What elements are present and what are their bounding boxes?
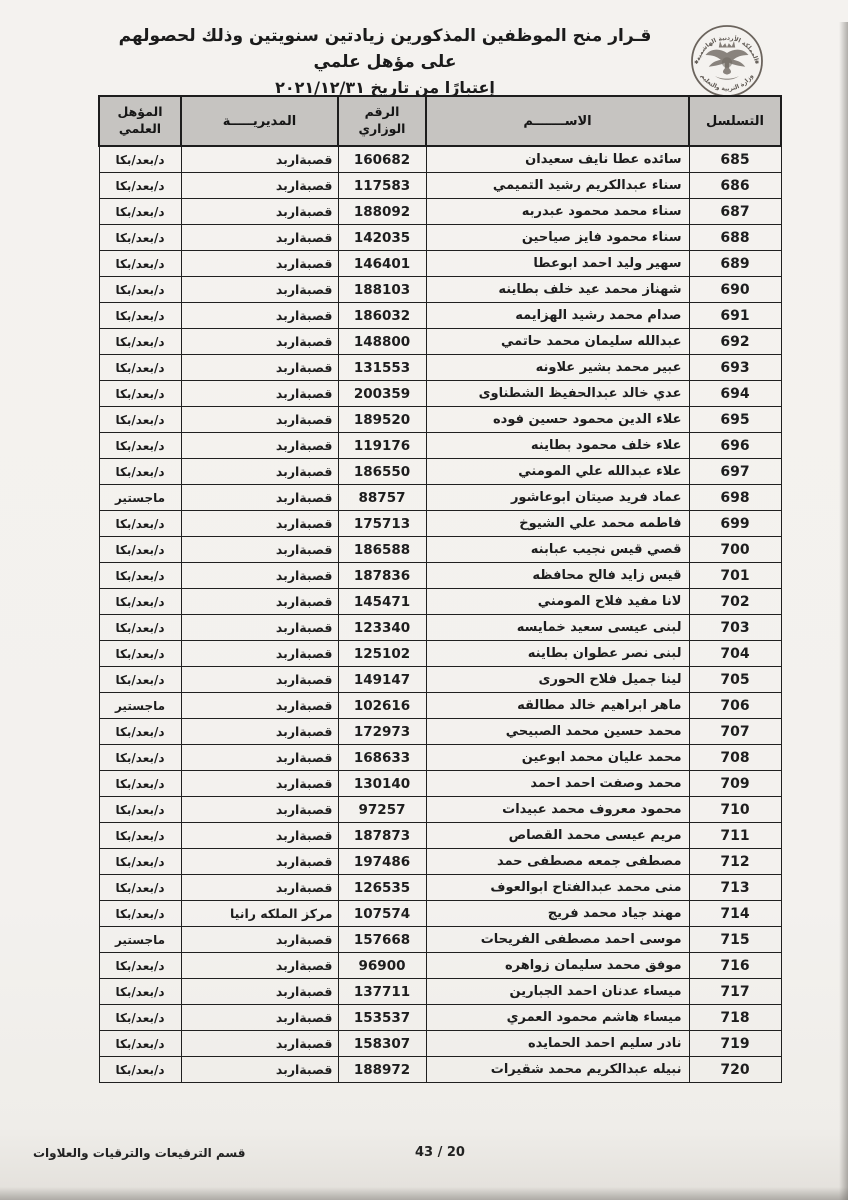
- cell-name: مهند جياد محمد فريج: [426, 901, 689, 927]
- table-row: 701قيس زايد فالح محافظه187836قصبةاربدد/ب…: [99, 563, 781, 589]
- cell-name: موفق محمد سليمان زواهره: [426, 953, 689, 979]
- table-row: 696علاء خلف محمود بطاينه119176قصبةاربدد/…: [99, 433, 781, 459]
- cell-serial: 703: [689, 615, 781, 641]
- cell-directorate: قصبةاربد: [181, 667, 338, 693]
- cell-name: موسى احمد مصطفى الفريحات: [426, 927, 689, 953]
- cell-directorate: قصبةاربد: [181, 173, 338, 199]
- cell-qualification: د/بعد/بكا: [99, 303, 181, 329]
- cell-serial: 687: [689, 199, 781, 225]
- cell-serial: 704: [689, 641, 781, 667]
- table-row: 716موفق محمد سليمان زواهره96900قصبةاربدد…: [99, 953, 781, 979]
- seal-star-icon: ✱: [694, 59, 699, 66]
- cell-ministry-number: 188092: [338, 199, 426, 225]
- footer-page-indicator: 43 / 20: [415, 1145, 465, 1160]
- table-row: 713منى محمد عبدالفتاح ابوالعوف126535قصبة…: [99, 875, 781, 901]
- cell-ministry-number: 172973: [338, 719, 426, 745]
- header-ministry-number-line1: الرقم: [341, 104, 423, 121]
- table-row: 693عبير محمد بشير علاونه131553قصبةاربدد/…: [99, 355, 781, 381]
- cell-directorate: قصبةاربد: [181, 849, 338, 875]
- cell-serial: 693: [689, 355, 781, 381]
- cell-qualification: د/بعد/بكا: [99, 433, 181, 459]
- cell-qualification: د/بعد/بكا: [99, 771, 181, 797]
- cell-directorate: قصبةاربد: [181, 199, 338, 225]
- cell-serial: 710: [689, 797, 781, 823]
- table-row: 707محمد حسين محمد الصبيحي172973قصبةاربدد…: [99, 719, 781, 745]
- cell-qualification: ماجستير: [99, 693, 181, 719]
- table-row: 694عدي خالد عبدالحفيظ الشطناوى200359قصبة…: [99, 381, 781, 407]
- cell-name: علاء خلف محمود بطاينه: [426, 433, 689, 459]
- cell-qualification: د/بعد/بكا: [99, 953, 181, 979]
- cell-directorate: قصبةاربد: [181, 381, 338, 407]
- cell-serial: 685: [689, 146, 781, 173]
- cell-ministry-number: 123340: [338, 615, 426, 641]
- cell-directorate: قصبةاربد: [181, 511, 338, 537]
- cell-qualification: د/بعد/بكا: [99, 251, 181, 277]
- table-row: 711مريم عيسى محمد القصاص187873قصبةاربدد/…: [99, 823, 781, 849]
- cell-name: نادر سليم احمد الحمايده: [426, 1031, 689, 1057]
- cell-qualification: د/بعد/بكا: [99, 641, 181, 667]
- header-directorate: المديريـــــة: [181, 96, 338, 146]
- cell-ministry-number: 175713: [338, 511, 426, 537]
- cell-serial: 714: [689, 901, 781, 927]
- table-row: 702لانا مفيد فلاح المومني145471قصبةاربدد…: [99, 589, 781, 615]
- cell-directorate: قصبةاربد: [181, 433, 338, 459]
- table-row: 698عماد فريد صيتان ابوعاشور88757قصبةاربد…: [99, 485, 781, 511]
- cell-qualification: د/بعد/بكا: [99, 875, 181, 901]
- table-row: 715موسى احمد مصطفى الفريحات157668قصبةارب…: [99, 927, 781, 953]
- cell-ministry-number: 142035: [338, 225, 426, 251]
- cell-directorate: قصبةاربد: [181, 589, 338, 615]
- cell-directorate: قصبةاربد: [181, 979, 338, 1005]
- cell-directorate: قصبةاربد: [181, 797, 338, 823]
- cell-name: قصي قيس نجيب عبابنه: [426, 537, 689, 563]
- cell-serial: 715: [689, 927, 781, 953]
- cell-ministry-number: 125102: [338, 641, 426, 667]
- cell-directorate: قصبةاربد: [181, 459, 338, 485]
- cell-directorate: قصبةاربد: [181, 719, 338, 745]
- cell-directorate: قصبةاربد: [181, 745, 338, 771]
- cell-directorate: قصبةاربد: [181, 823, 338, 849]
- cell-name: محمود معروف محمد عبيدات: [426, 797, 689, 823]
- cell-serial: 720: [689, 1057, 781, 1083]
- table-row: 689سهير وليد احمد ابوعطا146401قصبةاربدد/…: [99, 251, 781, 277]
- cell-serial: 716: [689, 953, 781, 979]
- cell-directorate: قصبةاربد: [181, 641, 338, 667]
- table-row: 709محمد وصفت احمد احمد130140قصبةاربدد/بع…: [99, 771, 781, 797]
- table-row: 720نبيله عبدالكريم محمد شقيرات188972قصبة…: [99, 1057, 781, 1083]
- cell-directorate: قصبةاربد: [181, 251, 338, 277]
- cell-qualification: د/بعد/بكا: [99, 589, 181, 615]
- cell-name: لانا مفيد فلاح المومني: [426, 589, 689, 615]
- cell-name: علاء عبدالله علي المومني: [426, 459, 689, 485]
- cell-serial: 695: [689, 407, 781, 433]
- table-row: 705لينا جميل فلاح الحورى149147قصبةاربدد/…: [99, 667, 781, 693]
- cell-name: نبيله عبدالكريم محمد شقيرات: [426, 1057, 689, 1083]
- table-header-row: التسلسل الاســـــــم الرقم الوزاري المدي…: [99, 96, 781, 146]
- cell-name: محمد وصفت احمد احمد: [426, 771, 689, 797]
- cell-name: لبنى عيسى سعيد خمايسه: [426, 615, 689, 641]
- cell-qualification: د/بعد/بكا: [99, 1005, 181, 1031]
- cell-serial: 717: [689, 979, 781, 1005]
- header-qualification: المؤهل العلمي: [99, 96, 181, 146]
- cell-serial: 698: [689, 485, 781, 511]
- scanned-document-page: قـرار منح الموظفين المذكورين زيادتين سنو…: [0, 0, 848, 1200]
- cell-directorate: قصبةاربد: [181, 485, 338, 511]
- cell-ministry-number: 189520: [338, 407, 426, 433]
- cell-ministry-number: 88757: [338, 485, 426, 511]
- cell-name: مصطفى جمعه مصطفى حمد: [426, 849, 689, 875]
- cell-ministry-number: 187836: [338, 563, 426, 589]
- cell-name: شهناز محمد عيد خلف بطاينه: [426, 277, 689, 303]
- cell-directorate: قصبةاربد: [181, 303, 338, 329]
- cell-ministry-number: 200359: [338, 381, 426, 407]
- cell-ministry-number: 96900: [338, 953, 426, 979]
- cell-directorate: قصبةاربد: [181, 693, 338, 719]
- cell-serial: 705: [689, 667, 781, 693]
- table-row: 712مصطفى جمعه مصطفى حمد197486قصبةاربدد/ب…: [99, 849, 781, 875]
- cell-directorate: مركز الملكه رانيا: [181, 901, 338, 927]
- cell-directorate: قصبةاربد: [181, 615, 338, 641]
- cell-serial: 696: [689, 433, 781, 459]
- cell-serial: 708: [689, 745, 781, 771]
- cell-serial: 692: [689, 329, 781, 355]
- table-row: 686سناء عبدالكريم رشيد التميمي117583قصبة…: [99, 173, 781, 199]
- header-ministry-number-line2: الوزاري: [341, 121, 423, 138]
- header-qualification-line1: المؤهل: [102, 104, 178, 121]
- cell-name: ميساء عدنان احمد الجبارين: [426, 979, 689, 1005]
- cell-serial: 706: [689, 693, 781, 719]
- table-row: 718ميساء هاشم محمود العمري153537قصبةاربد…: [99, 1005, 781, 1031]
- cell-qualification: د/بعد/بكا: [99, 667, 181, 693]
- cell-ministry-number: 102616: [338, 693, 426, 719]
- cell-qualification: د/بعد/بكا: [99, 329, 181, 355]
- table-row: 697علاء عبدالله علي المومني186550قصبةارب…: [99, 459, 781, 485]
- cell-ministry-number: 97257: [338, 797, 426, 823]
- ministry-of-education-seal-logo: المملكة الأردنية الهاشمية وزارة التربية …: [689, 23, 765, 99]
- cell-name: صدام محمد رشيد الهزايمه: [426, 303, 689, 329]
- cell-serial: 719: [689, 1031, 781, 1057]
- cell-name: سناء عبدالكريم رشيد التميمي: [426, 173, 689, 199]
- cell-serial: 702: [689, 589, 781, 615]
- cell-qualification: د/بعد/بكا: [99, 719, 181, 745]
- cell-name: ميساء هاشم محمود العمري: [426, 1005, 689, 1031]
- cell-directorate: قصبةاربد: [181, 225, 338, 251]
- cell-directorate: قصبةاربد: [181, 927, 338, 953]
- table-row: 714مهند جياد محمد فريج107574مركز الملكه …: [99, 901, 781, 927]
- cell-name: ماهر ابراهيم خالد مطالقه: [426, 693, 689, 719]
- cell-qualification: د/بعد/بكا: [99, 849, 181, 875]
- cell-name: سناء محمد محمود عبدربه: [426, 199, 689, 225]
- cell-ministry-number: 197486: [338, 849, 426, 875]
- cell-qualification: د/بعد/بكا: [99, 615, 181, 641]
- table-row: 719نادر سليم احمد الحمايده158307قصبةاربد…: [99, 1031, 781, 1057]
- cell-name: قيس زايد فالح محافظه: [426, 563, 689, 589]
- cell-directorate: قصبةاربد: [181, 329, 338, 355]
- header-name: الاســـــــم: [426, 96, 689, 146]
- cell-qualification: د/بعد/بكا: [99, 146, 181, 173]
- seal-star-icon: ✱: [755, 59, 760, 66]
- table-row: 703لبنى عيسى سعيد خمايسه123340قصبةاربدد/…: [99, 615, 781, 641]
- cell-ministry-number: 160682: [338, 146, 426, 173]
- cell-serial: 713: [689, 875, 781, 901]
- cell-qualification: ماجستير: [99, 485, 181, 511]
- cell-ministry-number: 158307: [338, 1031, 426, 1057]
- table-row: 699فاطمه محمد علي الشيوخ175713قصبةاربدد/…: [99, 511, 781, 537]
- table-row: 700قصي قيس نجيب عبابنه186588قصبةاربدد/بع…: [99, 537, 781, 563]
- cell-ministry-number: 149147: [338, 667, 426, 693]
- cell-serial: 689: [689, 251, 781, 277]
- cell-serial: 700: [689, 537, 781, 563]
- table-row: 687سناء محمد محمود عبدربه188092قصبةاربدد…: [99, 199, 781, 225]
- table-row: 710محمود معروف محمد عبيدات97257قصبةاربدد…: [99, 797, 781, 823]
- cell-qualification: د/بعد/بكا: [99, 355, 181, 381]
- cell-ministry-number: 188972: [338, 1057, 426, 1083]
- cell-qualification: د/بعد/بكا: [99, 901, 181, 927]
- cell-name: سهير وليد احمد ابوعطا: [426, 251, 689, 277]
- cell-qualification: د/بعد/بكا: [99, 459, 181, 485]
- header-qualification-line2: العلمي: [102, 121, 178, 138]
- cell-name: محمد حسين محمد الصبيحي: [426, 719, 689, 745]
- cell-serial: 701: [689, 563, 781, 589]
- cell-name: سناء محمود فايز صياحين: [426, 225, 689, 251]
- cell-serial: 694: [689, 381, 781, 407]
- cell-qualification: د/بعد/بكا: [99, 173, 181, 199]
- table-row: 691صدام محمد رشيد الهزايمه186032قصبةاربد…: [99, 303, 781, 329]
- cell-qualification: د/بعد/بكا: [99, 225, 181, 251]
- cell-serial: 718: [689, 1005, 781, 1031]
- cell-ministry-number: 119176: [338, 433, 426, 459]
- cell-name: عماد فريد صيتان ابوعاشور: [426, 485, 689, 511]
- cell-directorate: قصبةاربد: [181, 1005, 338, 1031]
- cell-directorate: قصبةاربد: [181, 771, 338, 797]
- table-header: التسلسل الاســـــــم الرقم الوزاري المدي…: [99, 96, 781, 146]
- cell-ministry-number: 186588: [338, 537, 426, 563]
- cell-qualification: د/بعد/بكا: [99, 745, 181, 771]
- cell-qualification: د/بعد/بكا: [99, 277, 181, 303]
- cell-qualification: د/بعد/بكا: [99, 537, 181, 563]
- cell-name: منى محمد عبدالفتاح ابوالعوف: [426, 875, 689, 901]
- cell-qualification: د/بعد/بكا: [99, 1031, 181, 1057]
- cell-directorate: قصبةاربد: [181, 1031, 338, 1057]
- cell-qualification: د/بعد/بكا: [99, 979, 181, 1005]
- cell-serial: 699: [689, 511, 781, 537]
- cell-name: عبير محمد بشير علاونه: [426, 355, 689, 381]
- cell-serial: 688: [689, 225, 781, 251]
- cell-qualification: د/بعد/بكا: [99, 797, 181, 823]
- document-title: قـرار منح الموظفين المذكورين زيادتين سنو…: [100, 24, 670, 101]
- table-row: 695علاء الدين محمود حسين فوده189520قصبةا…: [99, 407, 781, 433]
- cell-qualification: د/بعد/بكا: [99, 563, 181, 589]
- cell-qualification: د/بعد/بكا: [99, 381, 181, 407]
- cell-serial: 686: [689, 173, 781, 199]
- cell-ministry-number: 157668: [338, 927, 426, 953]
- cell-directorate: قصبةاربد: [181, 277, 338, 303]
- cell-serial: 709: [689, 771, 781, 797]
- cell-qualification: د/بعد/بكا: [99, 823, 181, 849]
- footer-department-label: قسم الترفيعات والترقيات والعلاوات: [33, 1146, 245, 1160]
- cell-ministry-number: 186032: [338, 303, 426, 329]
- cell-directorate: قصبةاربد: [181, 146, 338, 173]
- cell-ministry-number: 130140: [338, 771, 426, 797]
- cell-name: لبنى نصر عطوان بطاينه: [426, 641, 689, 667]
- cell-directorate: قصبةاربد: [181, 563, 338, 589]
- table-row: 706ماهر ابراهيم خالد مطالقه102616قصبةارب…: [99, 693, 781, 719]
- employee-increments-table: التسلسل الاســـــــم الرقم الوزاري المدي…: [98, 95, 782, 1083]
- coat-of-arms-emblem-icon: [706, 41, 749, 80]
- cell-directorate: قصبةاربد: [181, 355, 338, 381]
- cell-ministry-number: 153537: [338, 1005, 426, 1031]
- cell-ministry-number: 131553: [338, 355, 426, 381]
- cell-name: علاء الدين محمود حسين فوده: [426, 407, 689, 433]
- cell-qualification: ماجستير: [99, 927, 181, 953]
- table-row: 690شهناز محمد عيد خلف بطاينه188103قصبةار…: [99, 277, 781, 303]
- cell-qualification: د/بعد/بكا: [99, 511, 181, 537]
- cell-serial: 691: [689, 303, 781, 329]
- cell-ministry-number: 186550: [338, 459, 426, 485]
- header-serial: التسلسل: [689, 96, 781, 146]
- table-row: 692عبدالله سليمان محمد حاتمي148800قصبةار…: [99, 329, 781, 355]
- scan-edge-shadow-bottom: [0, 1187, 848, 1200]
- cell-serial: 711: [689, 823, 781, 849]
- cell-directorate: قصبةاربد: [181, 953, 338, 979]
- table-row: 704لبنى نصر عطوان بطاينه125102قصبةاربدد/…: [99, 641, 781, 667]
- cell-directorate: قصبةاربد: [181, 1057, 338, 1083]
- cell-ministry-number: 117583: [338, 173, 426, 199]
- table-body: 685سائده عطا نايف سعيدان160682قصبةاربدد/…: [99, 146, 781, 1083]
- header-ministry-number: الرقم الوزاري: [338, 96, 426, 146]
- cell-name: مريم عيسى محمد القصاص: [426, 823, 689, 849]
- cell-serial: 707: [689, 719, 781, 745]
- cell-serial: 690: [689, 277, 781, 303]
- cell-directorate: قصبةاربد: [181, 407, 338, 433]
- cell-name: محمد عليان محمد ابوعين: [426, 745, 689, 771]
- cell-serial: 697: [689, 459, 781, 485]
- table-row: 717ميساء عدنان احمد الجبارين137711قصبةار…: [99, 979, 781, 1005]
- cell-ministry-number: 188103: [338, 277, 426, 303]
- cell-ministry-number: 187873: [338, 823, 426, 849]
- cell-ministry-number: 126535: [338, 875, 426, 901]
- cell-qualification: د/بعد/بكا: [99, 1057, 181, 1083]
- cell-qualification: د/بعد/بكا: [99, 407, 181, 433]
- cell-name: عدي خالد عبدالحفيظ الشطناوى: [426, 381, 689, 407]
- cell-ministry-number: 137711: [338, 979, 426, 1005]
- title-line-1: قـرار منح الموظفين المذكورين زيادتين سنو…: [100, 24, 670, 75]
- table-row: 688سناء محمود فايز صياحين142035قصبةاربدد…: [99, 225, 781, 251]
- cell-qualification: د/بعد/بكا: [99, 199, 181, 225]
- cell-directorate: قصبةاربد: [181, 875, 338, 901]
- cell-directorate: قصبةاربد: [181, 537, 338, 563]
- cell-serial: 712: [689, 849, 781, 875]
- cell-ministry-number: 168633: [338, 745, 426, 771]
- scan-edge-shadow-right: [839, 22, 848, 1200]
- cell-ministry-number: 146401: [338, 251, 426, 277]
- table-row: 685سائده عطا نايف سعيدان160682قصبةاربدد/…: [99, 146, 781, 173]
- cell-ministry-number: 107574: [338, 901, 426, 927]
- cell-name: سائده عطا نايف سعيدان: [426, 146, 689, 173]
- table-row: 708محمد عليان محمد ابوعين168633قصبةاربدد…: [99, 745, 781, 771]
- cell-ministry-number: 148800: [338, 329, 426, 355]
- cell-ministry-number: 145471: [338, 589, 426, 615]
- cell-name: لينا جميل فلاح الحورى: [426, 667, 689, 693]
- cell-name: عبدالله سليمان محمد حاتمي: [426, 329, 689, 355]
- cell-name: فاطمه محمد علي الشيوخ: [426, 511, 689, 537]
